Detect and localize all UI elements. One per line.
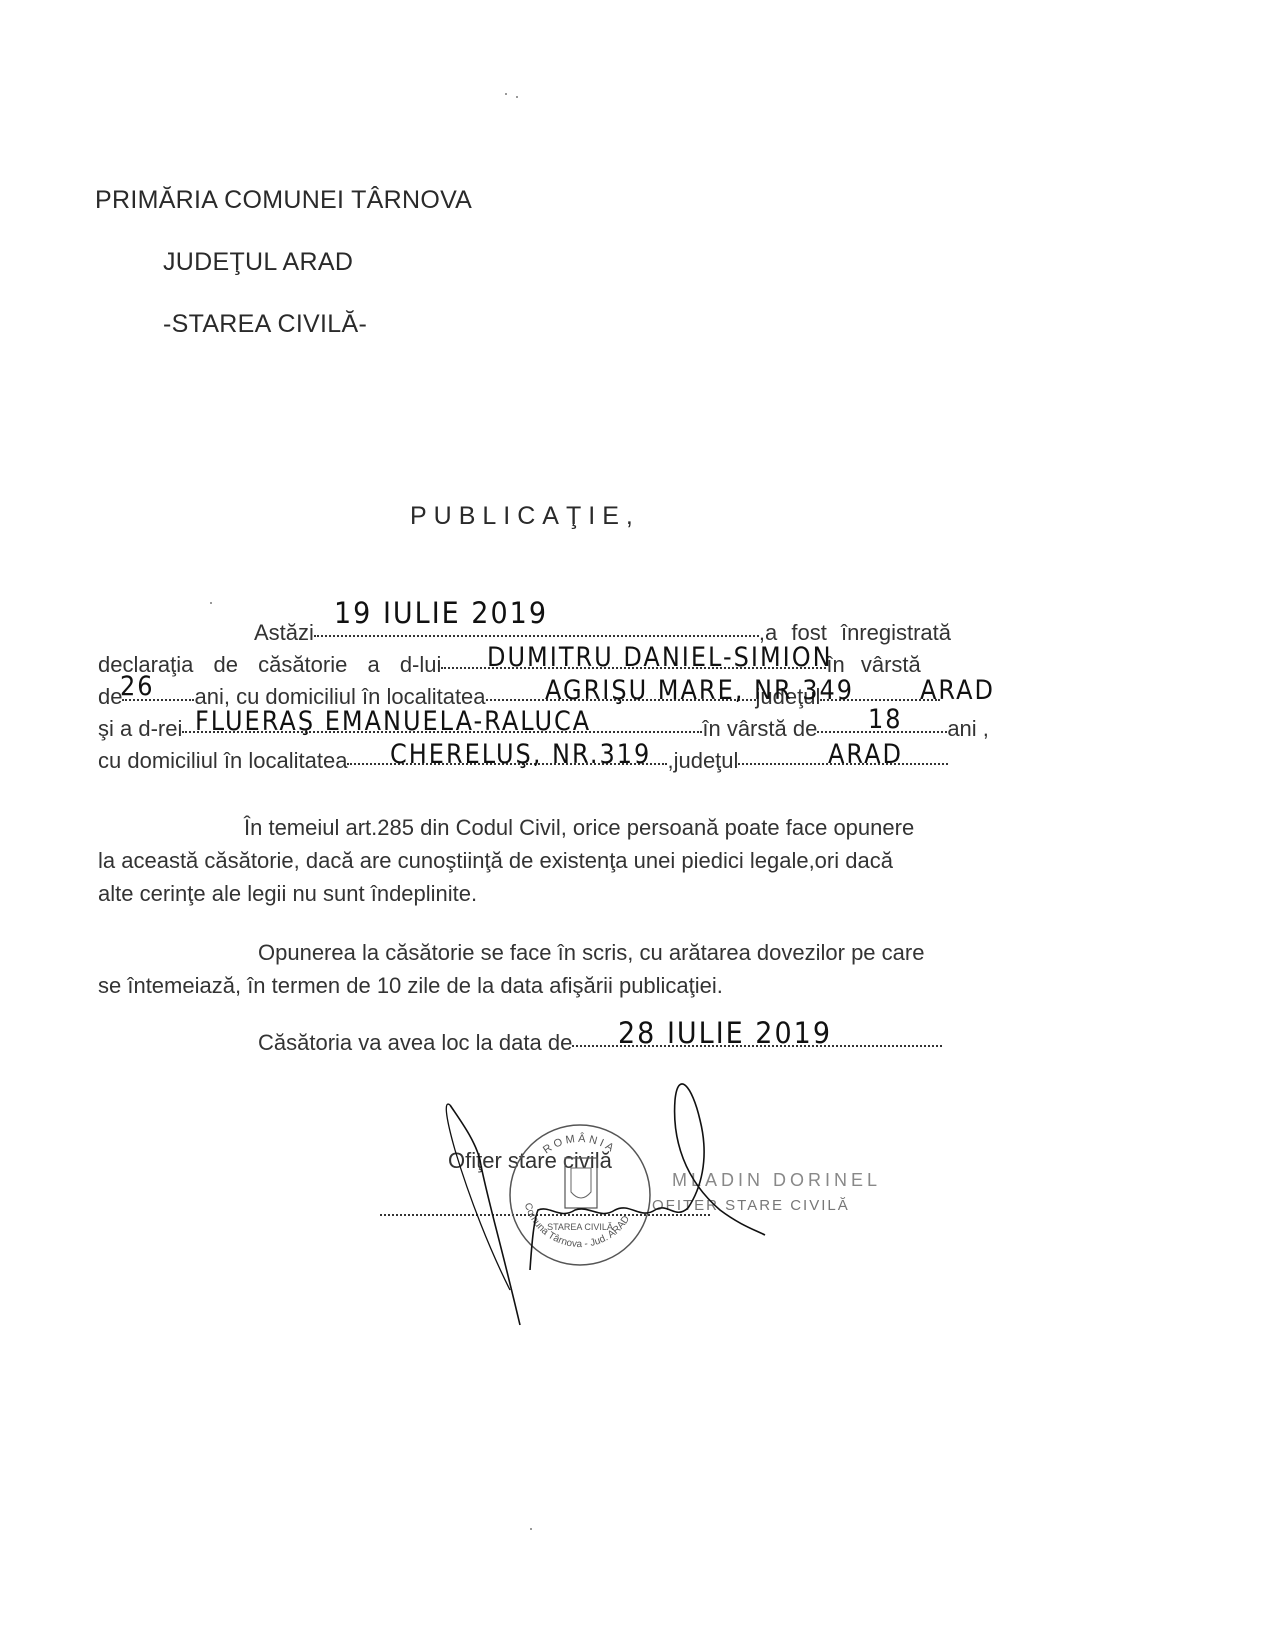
scan-speck — [210, 602, 212, 604]
handwritten-bride-age: 18 — [868, 704, 903, 735]
handwritten-groom-locality: AGRIŞU MARE, NR 349 — [545, 675, 854, 706]
signature-scribble-icon — [430, 1060, 790, 1330]
label-bride-domicile: cu domiciliul în localitatea — [98, 748, 347, 773]
handwritten-bride-name: FLUERAŞ EMANUELA-RALUCA — [195, 706, 591, 737]
legal-paragraph-line-3: alte cerinţe ale legii nu sunt îndeplini… — [98, 881, 477, 907]
label-de: de — [98, 684, 122, 709]
handwritten-groom-county: ARAD — [920, 675, 995, 706]
department-name: -STAREA CIVILĂ- — [163, 310, 367, 339]
label-years: ani , — [947, 716, 989, 741]
legal-paragraph-line-1: În temeiul art.285 din Codul Civil, oric… — [244, 815, 914, 841]
label-bride: şi a d-rei — [98, 716, 182, 741]
handwritten-registration-date: 19 IULIE 2019 — [334, 596, 548, 630]
handwritten-bride-locality: CHERELUŞ, NR.319 — [390, 739, 651, 770]
document-title: PUBLICAŢIE, — [410, 502, 640, 531]
institution-name: PRIMĂRIA COMUNEI TÂRNOVA — [95, 186, 472, 215]
handwritten-groom-age: 26 — [120, 671, 155, 702]
county-name: JUDEŢUL ARAD — [163, 248, 353, 277]
label-bride-county: ,judeţul — [667, 748, 738, 773]
opposition-paragraph-line-1: Opunerea la căsătorie se face în scris, … — [258, 940, 924, 966]
field-registration-date — [314, 635, 759, 637]
label-astazi: Astăzi — [254, 620, 314, 645]
legal-paragraph-line-2: la această căsătorie, dacă are cunoştiin… — [98, 848, 893, 874]
label-age-2: în vârstă de — [702, 716, 817, 741]
handwritten-groom-name: DUMITRU DANIEL-SIMION — [487, 642, 833, 673]
label-age-1: în vârstă — [826, 652, 920, 677]
handwritten-bride-county: ARAD — [828, 739, 903, 770]
scan-speck — [530, 1528, 532, 1530]
handwritten-wedding-date: 28 IULIE 2019 — [618, 1016, 832, 1050]
scan-speck — [505, 93, 507, 95]
wedding-date-line: Căsătoria va avea loc la data de — [258, 1030, 942, 1056]
opposition-paragraph-line-2: se întemeiază, în termen de 10 zile de l… — [98, 973, 723, 999]
label-wedding-date: Căsătoria va avea loc la data de — [258, 1030, 572, 1055]
scan-speck — [516, 96, 518, 98]
